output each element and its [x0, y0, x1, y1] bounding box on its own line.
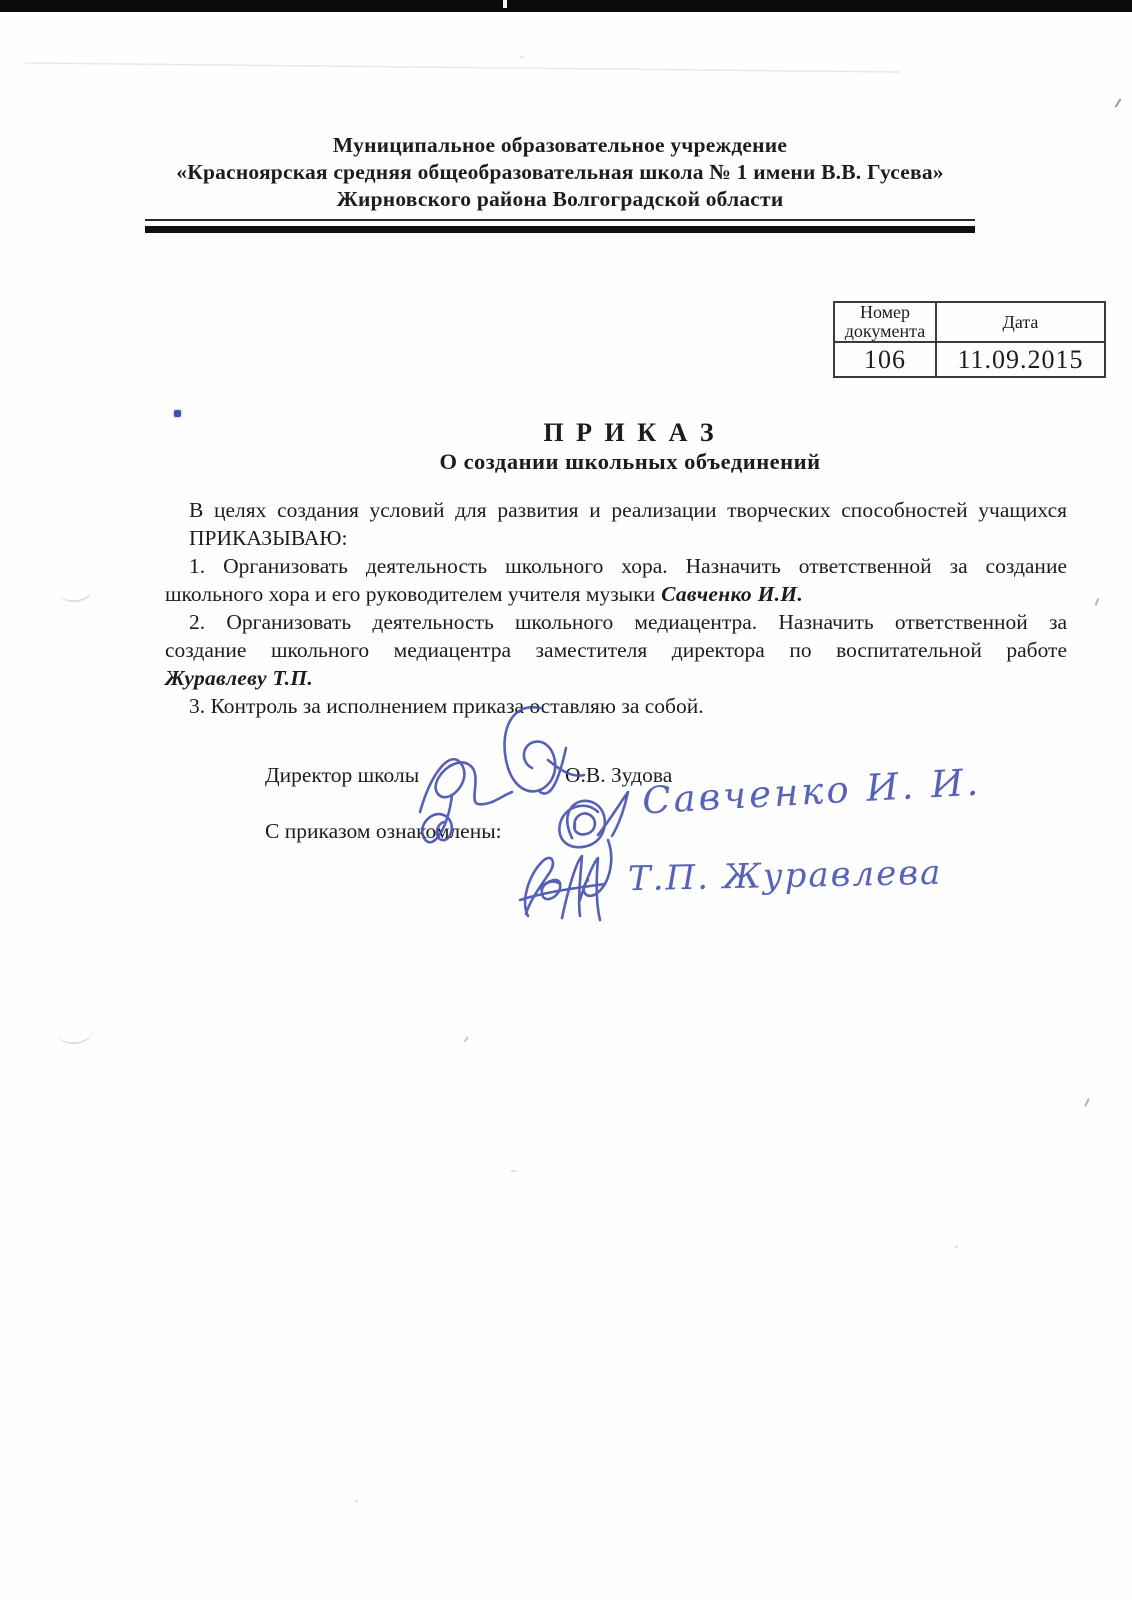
order-subtitle: О создании школьных объединений — [165, 449, 1095, 475]
paper-edge-line — [0, 0, 1132, 90]
scanned-order-document: Муниципальное образовательное учреждение… — [0, 0, 1132, 1600]
letterhead-line3: Жирновского района Волгоградской области — [0, 186, 1120, 213]
date-header-cell: Дата — [936, 302, 1105, 342]
letterhead-divider — [145, 219, 975, 233]
scan-artifact — [463, 1036, 469, 1043]
item2-responsible-name: Журавлеву Т.П. — [165, 666, 313, 690]
ink-dot-artifact — [174, 410, 181, 417]
scan-artifact — [1115, 98, 1122, 108]
zhuravleva-handwritten-name: Т.П. Журавлева — [628, 853, 943, 900]
scan-artifact — [955, 1245, 958, 1248]
scan-artifact — [59, 580, 93, 604]
director-label: Директор школы — [265, 763, 419, 788]
item2-line3: Журавлеву Т.П. — [165, 665, 1067, 691]
scan-artifact — [1084, 1098, 1090, 1107]
date-value-cell: 11.09.2015 — [936, 342, 1105, 377]
scan-artifact — [520, 56, 524, 58]
scan-artifact — [510, 1170, 517, 1172]
scan-artifact — [57, 1020, 93, 1045]
decree-word: ПРИКАЗЫВАЮ: — [165, 525, 1067, 551]
zhuravleva-signature — [520, 856, 605, 920]
item2-line2: создание школьного медиацентра заместите… — [165, 637, 1067, 663]
item2-line1: 2. Организовать деятельность школьного м… — [165, 609, 1067, 635]
item1-line1: 1. Организовать деятельность школьного х… — [165, 553, 1067, 579]
intro-line: В целях создания условий для развития и … — [165, 497, 1067, 523]
order-title: П Р И К А З — [165, 418, 1095, 448]
acknowledged-label: С приказом ознакомлены: — [265, 819, 502, 844]
item1-responsible-name: Савченко И.И. — [661, 582, 803, 606]
number-header-cell: Номер документа — [834, 302, 936, 342]
savchenko-handwritten-name: Савченко И. И. — [641, 761, 982, 823]
number-value-cell: 106 — [834, 342, 936, 377]
item1-line2: школьного хора и его руководителем учите… — [165, 581, 1067, 607]
savchenko-signature — [559, 792, 628, 896]
item3-line: 3. Контроль за исполнением приказа остав… — [165, 693, 1067, 719]
table-value-row: 106 11.09.2015 — [834, 342, 1105, 377]
letterhead: Муниципальное образовательное учреждение… — [0, 132, 1120, 213]
scan-artifact — [1095, 598, 1100, 606]
table-header-row: Номер документа Дата — [834, 302, 1105, 342]
scan-artifact — [355, 1500, 358, 1503]
scan-edge-bar — [0, 0, 1132, 12]
doc-meta-table: Номер документа Дата 106 11.09.2015 — [833, 301, 1106, 378]
item1-line2-text: школьного хора и его руководителем учите… — [165, 582, 655, 606]
letterhead-line1: Муниципальное образовательное учреждение — [0, 132, 1120, 159]
scan-edge-notch — [503, 0, 507, 8]
letterhead-line2: «Красноярская средняя общеобразовательна… — [0, 159, 1120, 186]
